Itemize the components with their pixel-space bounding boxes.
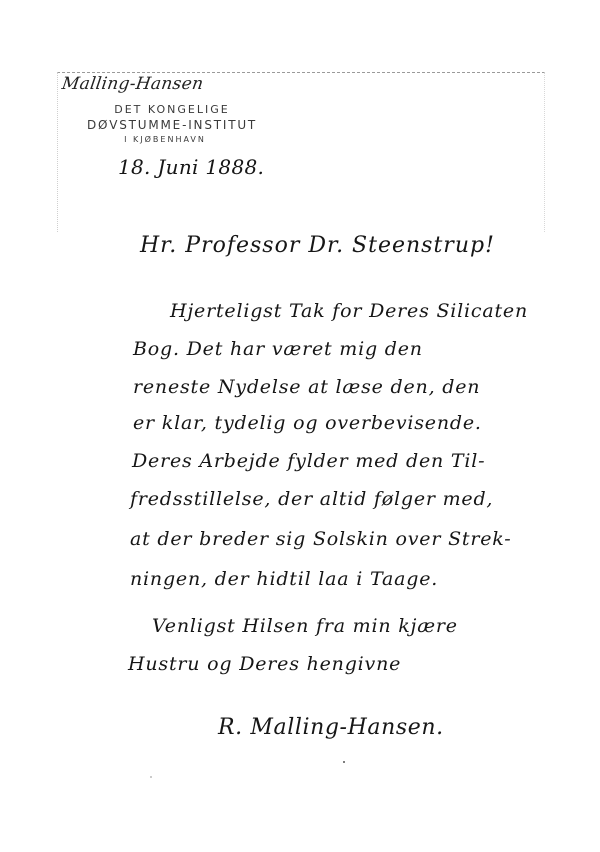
body-line: Bog. Det har været mig den xyxy=(133,338,423,360)
institution-stamp-line-3: I KJØBENHAVN xyxy=(100,135,230,144)
body-line: Hjerteligst Tak for Deres Silicaten xyxy=(170,300,528,322)
institution-stamp-line-1: DET KONGELIGE xyxy=(92,103,252,116)
signature: R. Malling-Hansen. xyxy=(218,715,444,740)
letter-page: Malling-Hansen DET KONGELIGE DØVSTUMME-I… xyxy=(0,0,600,852)
salutation: Hr. Professor Dr. Steenstrup! xyxy=(140,233,495,258)
ink-speck xyxy=(343,761,345,763)
body-line: er klar, tydelig og overbevisende. xyxy=(133,412,482,434)
body-line: Deres Arbejde fylder med den Til- xyxy=(132,450,485,472)
closing-line: Hustru og Deres hengivne xyxy=(128,653,401,675)
body-line: fredsstillelse, der altid følger med, xyxy=(130,488,493,510)
body-line: reneste Nydelse at læse den, den xyxy=(133,376,480,398)
institution-stamp-line-2: DØVSTUMME-INSTITUT xyxy=(74,118,270,132)
body-line: ningen, der hidtil laa i Taage. xyxy=(130,568,438,590)
letter-date: 18. Juni 1888. xyxy=(118,155,264,179)
body-line: at der breder sig Solskin over Strek- xyxy=(130,528,511,550)
letterhead-handwritten-name: Malling-Hansen xyxy=(61,74,205,94)
letterhead-frame xyxy=(57,72,545,232)
ink-speck xyxy=(150,776,152,778)
closing-line: Venligst Hilsen fra min kjære xyxy=(152,615,458,637)
